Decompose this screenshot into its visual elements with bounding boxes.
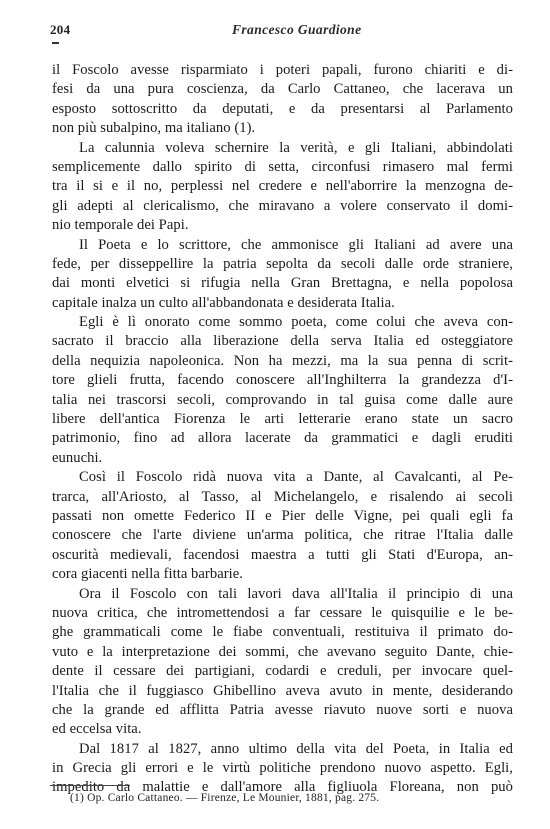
text-line: fede, per disseppellire la patria sepolt… [52, 255, 513, 274]
page-number-underline [52, 42, 59, 44]
footnote-divider [50, 785, 130, 786]
paragraph: Così il Foscolo ridà nuova vita a Dante,… [52, 468, 513, 584]
text-line: semplicemente dallo spirito di setta, ci… [52, 158, 513, 177]
text-line: talia nei trascorsi secoli, comprovando … [52, 391, 513, 410]
text-line: nuova critica, che intromettendosi a far… [52, 604, 513, 623]
text-line: sacrato il braccio alla liberazione dell… [52, 332, 513, 351]
book-page: 204 Francesco Guardione il Foscolo avess… [0, 0, 550, 829]
paragraph: Dal 1817 al 1827, anno ultimo della vita… [52, 740, 513, 798]
running-head: 204 Francesco Guardione [50, 22, 512, 40]
text-line: eunuchi. [52, 449, 513, 468]
text-line: capitale inalza un culto all'abbandonata… [52, 294, 513, 313]
text-line: patrimonio, fino ad allora lacerate da g… [52, 429, 513, 448]
paragraph: il Foscolo avesse risparmiato i poteri p… [52, 61, 513, 139]
body-text: il Foscolo avesse risparmiato i poteri p… [52, 61, 513, 798]
running-title: Francesco Guardione [232, 22, 361, 38]
text-line: conoscere che l'arte diviene un'arma pol… [52, 526, 513, 545]
text-line: trarca, all'Ariosto, al Tasso, al Michel… [52, 488, 513, 507]
text-line: che la grande ed afflitta Patria avesse … [52, 701, 513, 720]
text-line: vuto e la interpretazione dei sommi, che… [52, 643, 513, 662]
paragraph: La calunnia voleva schernire la verità, … [52, 139, 513, 236]
text-line: tra il si e il no, perplessi nel credere… [52, 177, 513, 196]
text-line: La calunnia voleva schernire la verità, … [52, 139, 513, 158]
text-line: ghe grammaticali come le fiabe conventua… [52, 623, 513, 642]
footnote: (1) Op. Carlo Cattaneo. — Firenze, Le Mo… [70, 792, 379, 804]
paragraph: Egli è lì onorato come sommo poeta, come… [52, 313, 513, 468]
text-line: della nequizia napoleonica. Non ha mezzi… [52, 352, 513, 371]
text-line: passati non omette Federico II e Pier de… [52, 507, 513, 526]
text-line: esposto sottoscritto da deputati, e da p… [52, 100, 513, 119]
text-line: Ora il Foscolo con tali lavori dava all'… [52, 585, 513, 604]
text-line: dai monti elvetici si rifugia nella Gran… [52, 274, 513, 293]
text-line: Dal 1817 al 1827, anno ultimo della vita… [52, 740, 513, 759]
text-line: dente il cessare dei partigiani, codardi… [52, 662, 513, 681]
text-line: tore glieli frutta, facendo conoscere al… [52, 371, 513, 390]
page-number: 204 [50, 22, 70, 38]
text-line: il Foscolo avesse risparmiato i poteri p… [52, 61, 513, 80]
text-line: l'Italia che il fuggiasco Ghibellino ave… [52, 682, 513, 701]
paragraph: Il Poeta e lo scrittore, che ammonisce g… [52, 236, 513, 314]
text-line: cora giacenti nella fitta barbarie. [52, 565, 513, 584]
text-line: nio temporale dei Papi. [52, 216, 513, 235]
text-line: Il Poeta e lo scrittore, che ammonisce g… [52, 236, 513, 255]
text-line: in Grecia gli errori e le virtù politich… [52, 759, 513, 778]
text-line: ed eccelsa vita. [52, 720, 513, 739]
text-line: Così il Foscolo ridà nuova vita a Dante,… [52, 468, 513, 487]
text-line: libere dell'antica Fiorenza le arti lett… [52, 410, 513, 429]
paragraph: Ora il Foscolo con tali lavori dava all'… [52, 585, 513, 740]
text-line: gli adepti al clericalismo, che miravano… [52, 197, 513, 216]
text-line: fesi da una pura coscienza, da Carlo Cat… [52, 80, 513, 99]
text-line: Egli è lì onorato come sommo poeta, come… [52, 313, 513, 332]
text-line: oscurità medievali, facendosi maestra a … [52, 546, 513, 565]
text-line: non più subalpino, ma italiano (1). [52, 119, 513, 138]
